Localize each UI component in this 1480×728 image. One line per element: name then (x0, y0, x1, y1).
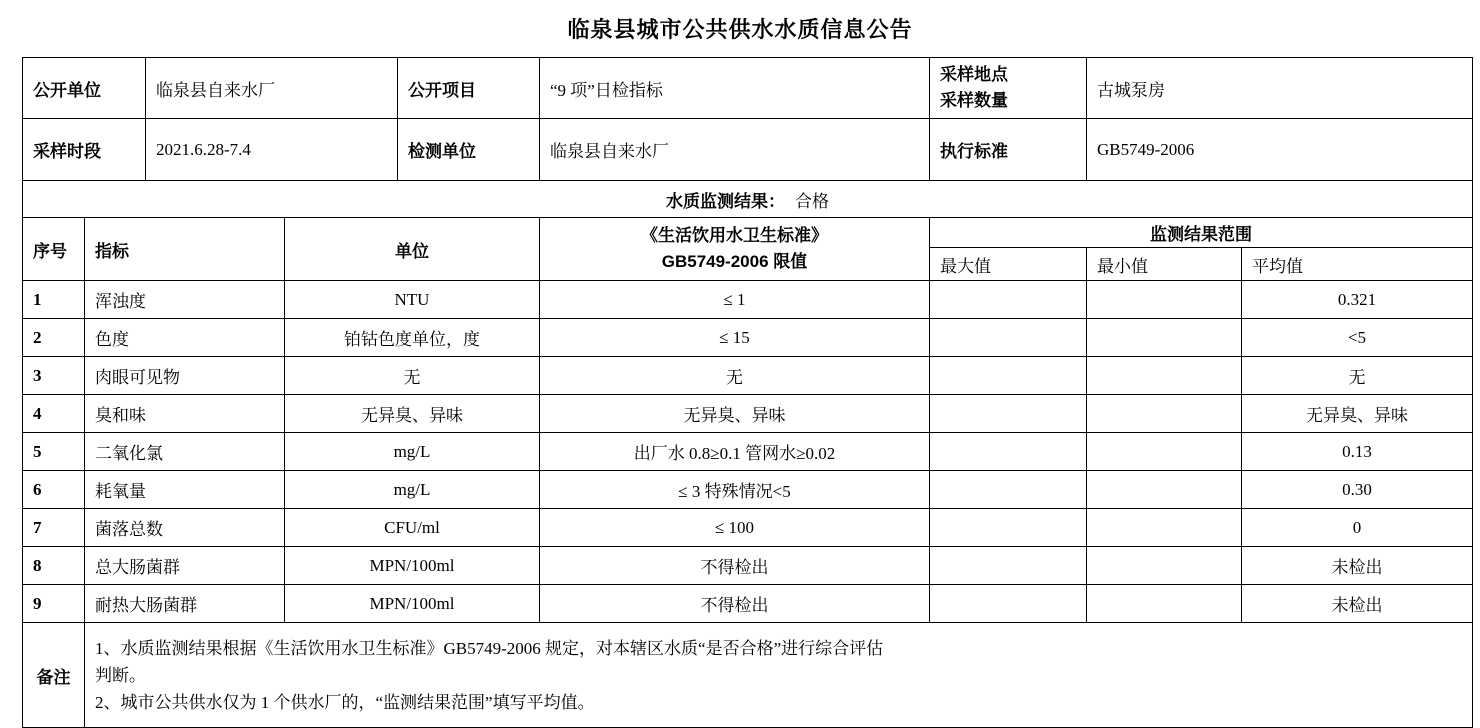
public-unit-label: 公开单位 (23, 58, 146, 119)
avg-cell: <5 (1242, 319, 1473, 357)
avg-cell: 0.13 (1242, 433, 1473, 471)
indicator-cell: 浑浊度 (85, 281, 285, 319)
remark-line3: 2、城市公共供水仅为 1 个供水厂的，“监测结果范围”填写平均值。 (95, 689, 1462, 716)
table-row: 6 耗氧量 mg/L ≤ 3 特殊情况<5 0.30 (23, 471, 1473, 509)
table-row: 3 肉眼可见物 无 无 无 (23, 357, 1473, 395)
avg-cell: 无 (1242, 357, 1473, 395)
unit-cell: CFU/ml (285, 509, 540, 547)
table-row: 1 浑浊度 NTU ≤ 1 0.321 (23, 281, 1473, 319)
min-cell (1087, 281, 1242, 319)
header-range: 监测结果范围 (930, 218, 1473, 248)
avg-cell: 0.321 (1242, 281, 1473, 319)
table-row: 4 臭和味 无异臭、异味 无异臭、异味 无异臭、异味 (23, 395, 1473, 433)
sampling-site-label-line2: 采样数量 (940, 88, 1076, 114)
remark-line1: 1、水质监测结果根据《生活饮用水卫生标准》GB5749-2006 规定，对本辖区… (95, 635, 1462, 662)
max-cell (930, 319, 1087, 357)
unit-cell: 无 (285, 357, 540, 395)
sampling-period-label: 采样时段 (23, 119, 146, 181)
page: 临泉县城市公共供水水质信息公告 公开单位 临泉县自来水厂 公开项目 “9 项”日… (0, 0, 1480, 728)
header-limit-line1: 《生活饮用水卫生标准》 (550, 223, 919, 249)
result-label: 水质监测结果： (666, 192, 785, 211)
limit-cell: 无 (540, 357, 930, 395)
avg-cell: 0.30 (1242, 471, 1473, 509)
table-row: 7 菌落总数 CFU/ml ≤ 100 0 (23, 509, 1473, 547)
public-item-label: 公开项目 (398, 58, 540, 119)
indicator-cell: 菌落总数 (85, 509, 285, 547)
result-banner-row: 水质监测结果：合格 (23, 181, 1473, 218)
min-cell (1087, 471, 1242, 509)
max-cell (930, 585, 1087, 623)
seq-cell: 1 (23, 281, 85, 319)
header-unit: 单位 (285, 218, 540, 281)
limit-cell: ≤ 100 (540, 509, 930, 547)
header-avg: 平均值 (1242, 248, 1473, 281)
remark-content: 1、水质监测结果根据《生活饮用水卫生标准》GB5749-2006 规定，对本辖区… (85, 623, 1473, 728)
result-banner: 水质监测结果：合格 (23, 181, 1473, 218)
limit-cell: 不得检出 (540, 585, 930, 623)
header-max: 最大值 (930, 248, 1087, 281)
max-cell (930, 433, 1087, 471)
max-cell (930, 471, 1087, 509)
indicator-cell: 总大肠菌群 (85, 547, 285, 585)
unit-cell: 铂钴色度单位，度 (285, 319, 540, 357)
max-cell (930, 509, 1087, 547)
limit-cell: 出厂水 0.8≥0.1 管网水≥0.02 (540, 433, 930, 471)
limit-cell: ≤ 15 (540, 319, 930, 357)
max-cell (930, 395, 1087, 433)
min-cell (1087, 357, 1242, 395)
min-cell (1087, 433, 1242, 471)
max-cell (930, 357, 1087, 395)
remark-line2: 判断。 (95, 662, 1462, 689)
testing-unit-value: 临泉县自来水厂 (540, 119, 930, 181)
sampling-site-label: 采样地点 采样数量 (930, 58, 1087, 119)
limit-cell: ≤ 1 (540, 281, 930, 319)
remark-row: 备注 1、水质监测结果根据《生活饮用水卫生标准》GB5749-2006 规定，对… (23, 623, 1473, 728)
table-row: 9 耐热大肠菌群 MPN/100ml 不得检出 未检出 (23, 585, 1473, 623)
result-value: 合格 (795, 192, 829, 211)
table-row: 8 总大肠菌群 MPN/100ml 不得检出 未检出 (23, 547, 1473, 585)
limit-cell: 无异臭、异味 (540, 395, 930, 433)
max-cell (930, 547, 1087, 585)
indicator-cell: 耐热大肠菌群 (85, 585, 285, 623)
unit-cell: mg/L (285, 471, 540, 509)
standard-label: 执行标准 (930, 119, 1087, 181)
avg-cell: 未检出 (1242, 585, 1473, 623)
page-title: 临泉县城市公共供水水质信息公告 (0, 0, 1480, 57)
unit-cell: mg/L (285, 433, 540, 471)
min-cell (1087, 509, 1242, 547)
standard-value: GB5749-2006 (1087, 119, 1473, 181)
table-row: 5 二氧化氯 mg/L 出厂水 0.8≥0.1 管网水≥0.02 0.13 (23, 433, 1473, 471)
header-indicator: 指标 (85, 218, 285, 281)
limit-cell: ≤ 3 特殊情况<5 (540, 471, 930, 509)
indicator-cell: 色度 (85, 319, 285, 357)
seq-cell: 7 (23, 509, 85, 547)
min-cell (1087, 319, 1242, 357)
header-min: 最小值 (1087, 248, 1242, 281)
indicator-cell: 臭和味 (85, 395, 285, 433)
avg-cell: 未检出 (1242, 547, 1473, 585)
indicator-cell: 二氧化氯 (85, 433, 285, 471)
seq-cell: 3 (23, 357, 85, 395)
unit-cell: NTU (285, 281, 540, 319)
min-cell (1087, 395, 1242, 433)
min-cell (1087, 547, 1242, 585)
info-row-2: 采样时段 2021.6.28-7.4 检测单位 临泉县自来水厂 执行标准 GB5… (23, 119, 1473, 181)
unit-cell: MPN/100ml (285, 547, 540, 585)
seq-cell: 8 (23, 547, 85, 585)
unit-cell: MPN/100ml (285, 585, 540, 623)
water-quality-table: 公开单位 临泉县自来水厂 公开项目 “9 项”日检指标 采样地点 采样数量 古城… (22, 57, 1473, 728)
table-row: 2 色度 铂钴色度单位，度 ≤ 15 <5 (23, 319, 1473, 357)
remark-label: 备注 (23, 623, 85, 728)
seq-cell: 6 (23, 471, 85, 509)
header-limit-line2: GB5749-2006 限值 (550, 249, 919, 275)
sampling-site-label-line1: 采样地点 (940, 62, 1076, 88)
seq-cell: 2 (23, 319, 85, 357)
testing-unit-label: 检测单位 (398, 119, 540, 181)
header-limit: 《生活饮用水卫生标准》 GB5749-2006 限值 (540, 218, 930, 281)
sampling-site-value: 古城泵房 (1087, 58, 1473, 119)
limit-cell: 不得检出 (540, 547, 930, 585)
seq-cell: 5 (23, 433, 85, 471)
indicator-cell: 肉眼可见物 (85, 357, 285, 395)
indicator-cell: 耗氧量 (85, 471, 285, 509)
public-unit-value: 临泉县自来水厂 (146, 58, 398, 119)
avg-cell: 0 (1242, 509, 1473, 547)
unit-cell: 无异臭、异味 (285, 395, 540, 433)
header-row-1: 序号 指标 单位 《生活饮用水卫生标准》 GB5749-2006 限值 监测结果… (23, 218, 1473, 248)
min-cell (1087, 585, 1242, 623)
avg-cell: 无异臭、异味 (1242, 395, 1473, 433)
seq-cell: 9 (23, 585, 85, 623)
info-row-1: 公开单位 临泉县自来水厂 公开项目 “9 项”日检指标 采样地点 采样数量 古城… (23, 58, 1473, 119)
max-cell (930, 281, 1087, 319)
public-item-value: “9 项”日检指标 (540, 58, 930, 119)
sampling-period-value: 2021.6.28-7.4 (146, 119, 398, 181)
seq-cell: 4 (23, 395, 85, 433)
header-seq: 序号 (23, 218, 85, 281)
